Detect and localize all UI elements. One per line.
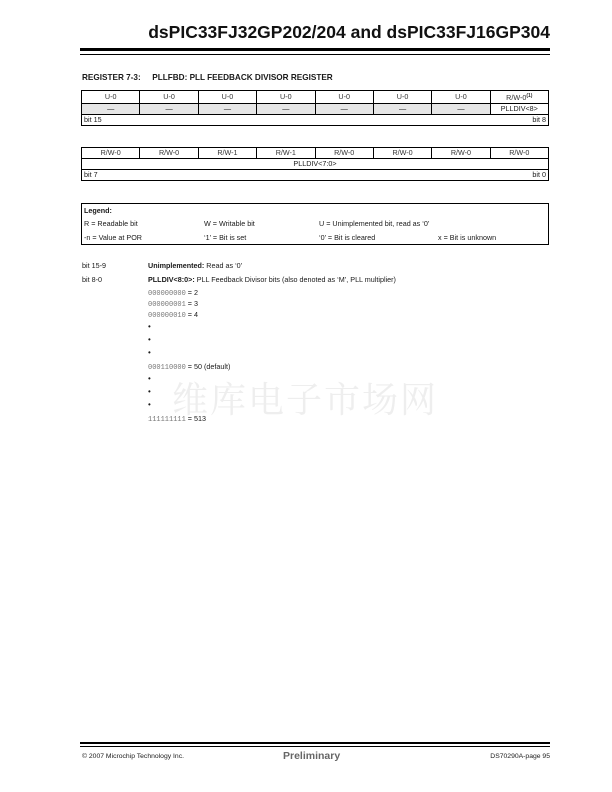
bit-name-cell: PLLDIV<7:0> bbox=[82, 159, 549, 170]
access-cell: R/W-1 bbox=[198, 148, 256, 159]
legend-title: Legend: bbox=[84, 206, 112, 215]
access-value: R/W-0 bbox=[506, 93, 526, 102]
access-cell: R/W-0 bbox=[432, 148, 490, 159]
footer-rule-thick bbox=[80, 742, 550, 744]
bit-field-description: PLLDIV<8:0>: PLL Feedback Divisor bits (… bbox=[148, 275, 396, 284]
ellipsis-dot: • bbox=[148, 387, 151, 396]
legend-item: x = Bit is unknown bbox=[438, 233, 496, 242]
footnote-ref: (1) bbox=[526, 93, 532, 99]
ellipsis-dot: • bbox=[148, 322, 151, 331]
legend-item: ‘1’ = Bit is set bbox=[204, 233, 246, 242]
access-cell: R/W-0 bbox=[373, 148, 431, 159]
ellipsis-dot: • bbox=[148, 374, 151, 383]
footer-page-number: DS70290A-page 95 bbox=[490, 753, 550, 760]
watermark-text: 维库电子市场网 bbox=[172, 372, 438, 423]
legend-item: ‘0’ = Bit is cleared bbox=[319, 233, 375, 242]
bit-name-cell: PLLDIV<8> bbox=[490, 104, 548, 115]
register-title: PLLFBD: PLL FEEDBACK DIVISOR REGISTER bbox=[152, 73, 332, 82]
bit-name-cell: — bbox=[257, 104, 315, 115]
bit-field-text: Read as ‘0’ bbox=[204, 261, 242, 270]
document-header-title: dsPIC33FJ32GP202/204 and dsPIC33FJ16GP30… bbox=[80, 22, 550, 43]
bit-left-label: bit 15 bbox=[84, 115, 102, 124]
value-code: 000000000 bbox=[148, 290, 186, 298]
legend-item: W = Writable bit bbox=[204, 219, 255, 228]
access-row: U-0 U-0 U-0 U-0 U-0 U-0 U-0 R/W-0(1) bbox=[82, 91, 549, 104]
ellipsis-dot: • bbox=[148, 348, 151, 357]
bit-field-text: PLL Feedback Divisor bits (also denoted … bbox=[195, 275, 396, 284]
access-cell: R/W-0 bbox=[315, 148, 373, 159]
access-cell: R/W-0 bbox=[490, 148, 548, 159]
bit-field-label: bit 15-9 bbox=[82, 261, 106, 270]
bit-name-cell: — bbox=[198, 104, 256, 115]
legend-box: Legend: R = Readable bit W = Writable bi… bbox=[81, 203, 549, 245]
bit-range-cell: bit 7 bit 0 bbox=[82, 170, 549, 181]
bit-name-row: PLLDIV<7:0> bbox=[82, 159, 549, 170]
bit-right-label: bit 8 bbox=[532, 115, 548, 125]
access-cell: U-0 bbox=[140, 91, 198, 104]
access-cell: U-0 bbox=[257, 91, 315, 104]
value-line: 000000001 = 3 bbox=[148, 299, 198, 309]
bit-field-name: Unimplemented: bbox=[148, 261, 204, 270]
ellipsis-dot: • bbox=[148, 335, 151, 344]
legend-item: -n = Value at POR bbox=[84, 233, 142, 242]
value-line: 000000000 = 2 bbox=[148, 288, 198, 298]
header-rule-thin bbox=[80, 54, 550, 55]
bit-field-label: bit 8-0 bbox=[82, 275, 102, 284]
access-cell: U-0 bbox=[82, 91, 140, 104]
footer-status: Preliminary bbox=[283, 750, 340, 762]
access-cell: R/W-0 bbox=[82, 148, 140, 159]
access-cell: U-0 bbox=[373, 91, 431, 104]
bit-name-cell: — bbox=[140, 104, 198, 115]
register-low-byte-table: R/W-0 R/W-0 R/W-1 R/W-1 R/W-0 R/W-0 R/W-… bbox=[81, 147, 549, 181]
value-line: 000000010 = 4 bbox=[148, 310, 198, 320]
legend-item: U = Unimplemented bit, read as ‘0’ bbox=[319, 219, 429, 228]
bit-range-row: bit 15 bit 8 bbox=[82, 115, 549, 126]
legend-item: R = Readable bit bbox=[84, 219, 138, 228]
bit-name-cell: — bbox=[373, 104, 431, 115]
value-text: = 2 bbox=[186, 288, 198, 297]
bit-field-description: Unimplemented: Read as ‘0’ bbox=[148, 261, 242, 270]
register-number: REGISTER 7-3: bbox=[82, 73, 150, 82]
value-text: = 3 bbox=[186, 299, 198, 308]
value-line: 000110000 = 50 (default) bbox=[148, 362, 230, 372]
bit-left-label: bit 7 bbox=[84, 170, 98, 179]
footer-copyright: © 2007 Microchip Technology Inc. bbox=[82, 753, 184, 760]
bit-range-row: bit 7 bit 0 bbox=[82, 170, 549, 181]
value-text: = 50 (default) bbox=[186, 362, 231, 371]
bit-field-name: PLLDIV<8:0>: bbox=[148, 275, 195, 284]
access-cell: R/W-1 bbox=[257, 148, 315, 159]
ellipsis-dot: • bbox=[148, 400, 151, 409]
bit-range-cell: bit 15 bit 8 bbox=[82, 115, 549, 126]
access-cell: R/W-0(1) bbox=[490, 91, 548, 104]
access-cell: U-0 bbox=[315, 91, 373, 104]
access-cell: U-0 bbox=[432, 91, 490, 104]
header-rule-thick bbox=[80, 48, 550, 51]
access-cell: R/W-0 bbox=[140, 148, 198, 159]
bit-name-row: — — — — — — — PLLDIV<8> bbox=[82, 104, 549, 115]
bit-right-label: bit 0 bbox=[532, 170, 548, 180]
footer-rule-thin bbox=[80, 746, 550, 747]
value-code: 000110000 bbox=[148, 364, 186, 372]
access-row: R/W-0 R/W-0 R/W-1 R/W-1 R/W-0 R/W-0 R/W-… bbox=[82, 148, 549, 159]
bit-name-cell: — bbox=[315, 104, 373, 115]
register-high-byte-table: U-0 U-0 U-0 U-0 U-0 U-0 U-0 R/W-0(1) — —… bbox=[81, 90, 549, 126]
value-code: 000000001 bbox=[148, 301, 186, 309]
value-text: = 4 bbox=[186, 310, 198, 319]
bit-name-cell: — bbox=[432, 104, 490, 115]
register-caption: REGISTER 7-3: PLLFBD: PLL FEEDBACK DIVIS… bbox=[82, 73, 333, 82]
value-code: 000000010 bbox=[148, 312, 186, 320]
bit-name-cell: — bbox=[82, 104, 140, 115]
access-cell: U-0 bbox=[198, 91, 256, 104]
